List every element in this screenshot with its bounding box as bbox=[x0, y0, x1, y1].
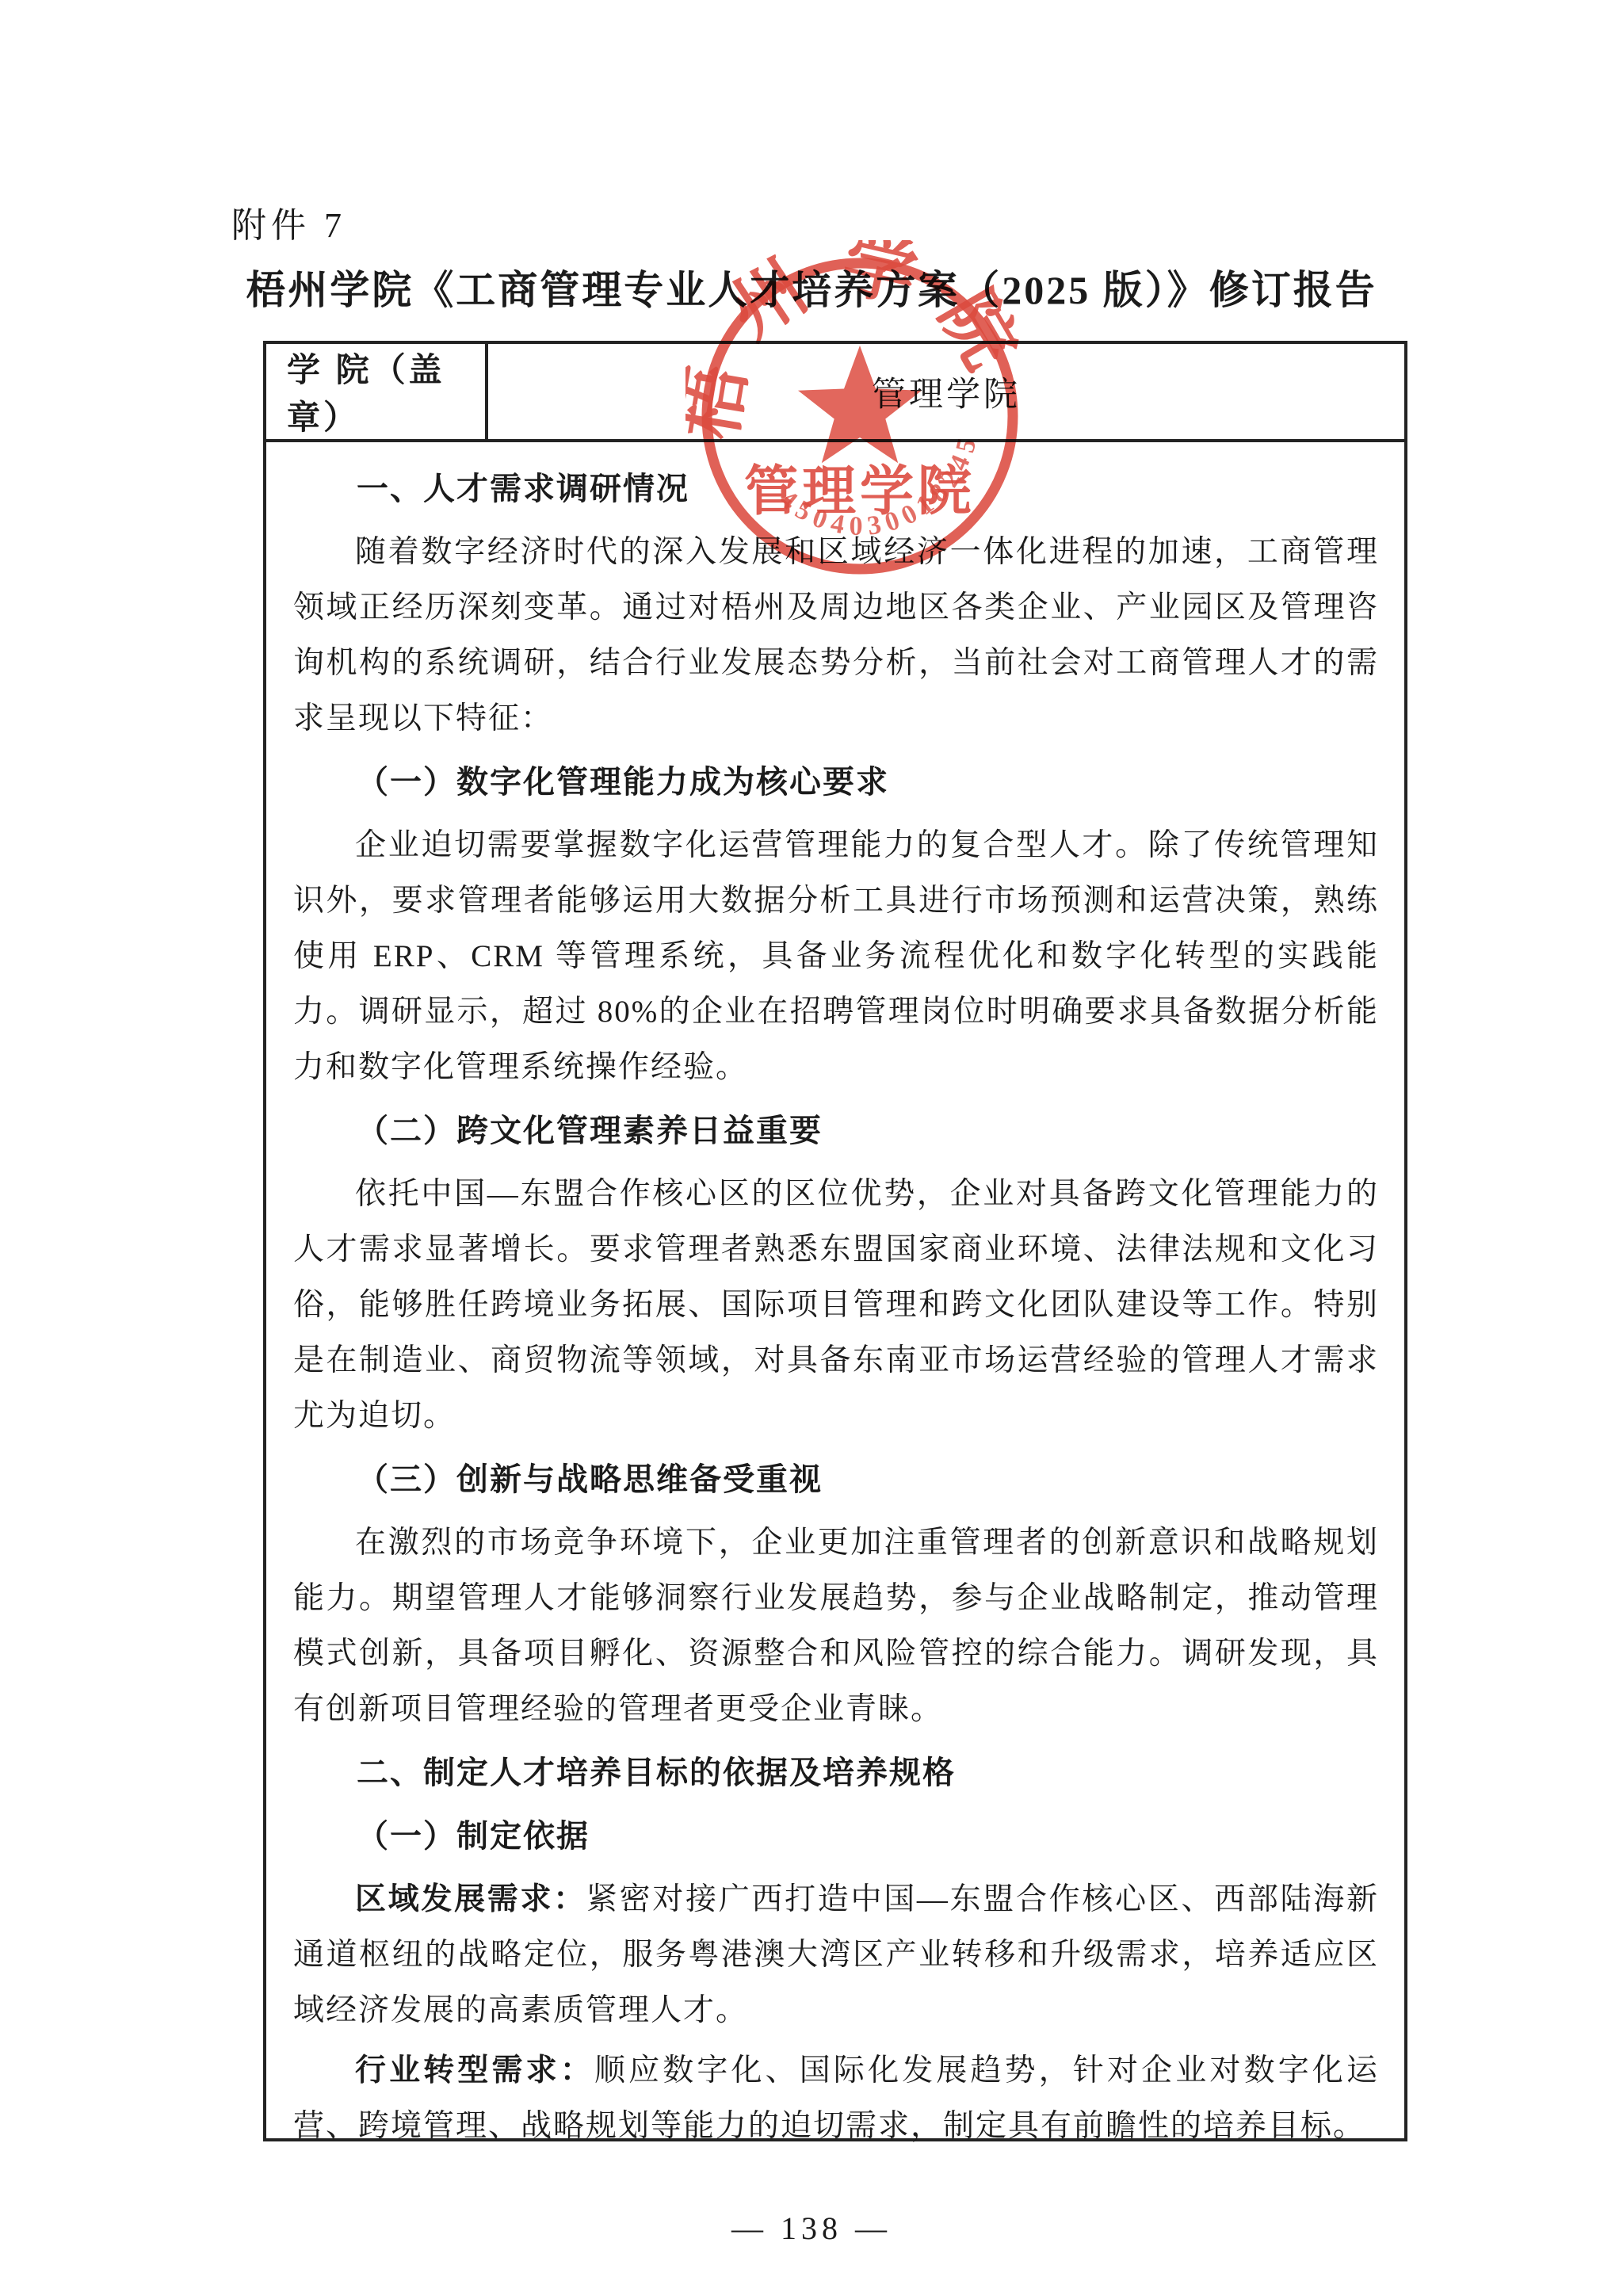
paragraph: 企业迫切需要掌握数字化运营管理能力的复合型人才。除了传统管理知识外，要求管理者能… bbox=[293, 818, 1379, 1095]
paragraph: 在激烈的市场竞争环境下，企业更加注重管理者的创新意识和战略规划能力。期望管理人才… bbox=[293, 1515, 1379, 1737]
section-heading: 一、人才需求调研情况 bbox=[293, 461, 1379, 517]
paragraph-with-lead: 行业转型需求：顺应数字化、国际化发展趋势，针对企业对数字化运营、跨境管理、战略规… bbox=[293, 2043, 1379, 2154]
report-body: 一、人才需求调研情况 随着数字经济时代的深入发展和区域经济一体化进程的加速，工商… bbox=[266, 442, 1404, 2159]
college-name-value: 管理学院 bbox=[488, 344, 1404, 439]
document-page: 附件 7 梧州学院《工商管理专业人才培养方案（2025 版）》修订报告 学 院（… bbox=[0, 0, 1623, 2296]
section-heading: （三）创新与战略思维备受重视 bbox=[293, 1452, 1379, 1507]
section-heading: 二、制定人才培养目标的依据及培养规格 bbox=[293, 1745, 1379, 1801]
paragraph-with-lead: 区域发展需求：紧密对接广西打造中国—东盟合作核心区、西部陆海新通道枢纽的战略定位… bbox=[293, 1872, 1379, 2038]
section-heading: （二）跨文化管理素养日益重要 bbox=[293, 1103, 1379, 1159]
table-header-row: 学 院（盖章） 管理学院 bbox=[266, 344, 1404, 442]
paragraph: 依托中国—东盟合作核心区的区位优势，企业对具备跨文化管理能力的人才需求显著增长。… bbox=[293, 1167, 1379, 1444]
page-number: — 138 — bbox=[0, 2210, 1623, 2247]
college-seal-field-label: 学 院（盖章） bbox=[266, 344, 488, 439]
report-table: 学 院（盖章） 管理学院 一、人才需求调研情况 随着数字经济时代的深入发展和区域… bbox=[263, 341, 1407, 2141]
section-heading: （一）数字化管理能力成为核心要求 bbox=[293, 755, 1379, 810]
paragraph: 随着数字经济时代的深入发展和区域经济一体化进程的加速，工商管理领域正经历深刻变革… bbox=[293, 525, 1379, 747]
paragraph-lead: 行业转型需求： bbox=[355, 2053, 594, 2088]
attachment-label: 附件 7 bbox=[231, 197, 346, 247]
paragraph-lead: 区域发展需求： bbox=[355, 1882, 586, 1916]
section-heading: （一）制定依据 bbox=[293, 1809, 1379, 1864]
page-title: 梧州学院《工商管理专业人才培养方案（2025 版）》修订报告 bbox=[0, 258, 1623, 315]
